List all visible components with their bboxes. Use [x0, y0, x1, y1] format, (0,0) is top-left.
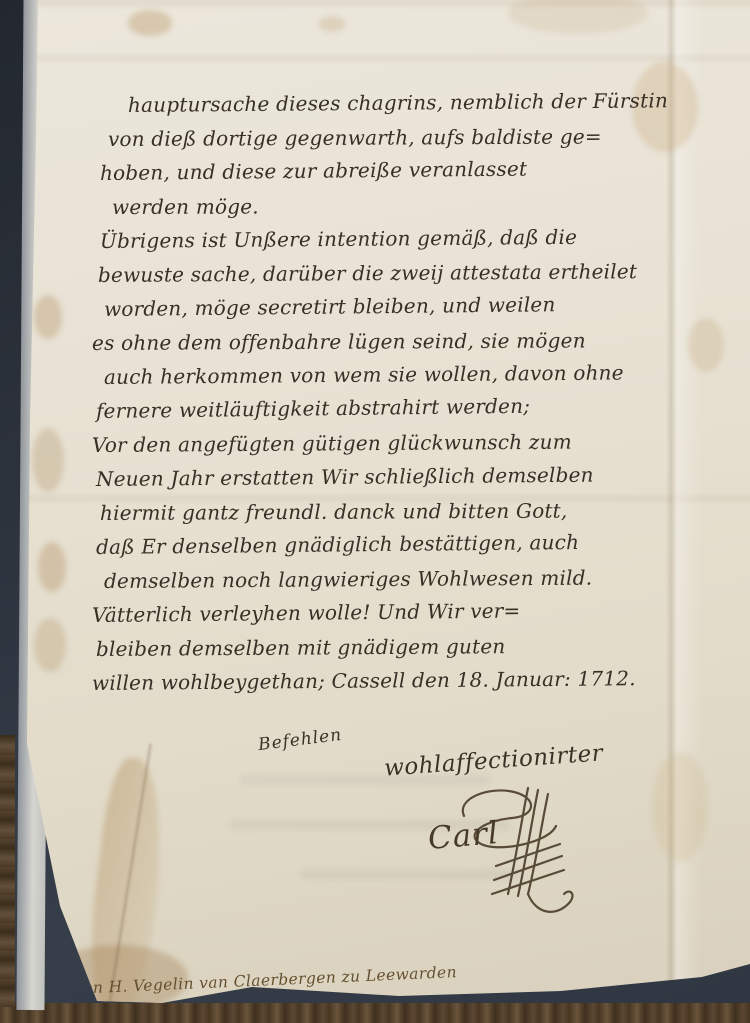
wood-table-edge-left — [0, 735, 15, 1007]
manuscript-line: fernere weitläuftigkeit abstrahirt werde… — [96, 386, 720, 428]
signature-paraph — [452, 782, 602, 932]
manuscript-line: hoben, und diese zur abreiße veranlasset — [100, 150, 720, 190]
valediction: wohlaffectionirter — [383, 740, 604, 781]
closing-note: Befehlen — [257, 725, 343, 755]
manuscript-line: hauptursache dieses chagrins, nemblich d… — [128, 83, 720, 122]
manuscript-line: daß Er denselben gnädiglich bestättigen,… — [96, 523, 720, 564]
paper-sheet: hauptursache dieses chagrins, nemblich d… — [0, 0, 750, 1023]
manuscript-photo: hauptursache dieses chagrins, nemblich d… — [0, 0, 750, 1023]
manuscript-line: worden, möge secretirt bleiben, und weil… — [104, 286, 720, 326]
letter-body: hauptursache dieses chagrins, nemblich d… — [0, 88, 720, 700]
manuscript-line: es ohne dem offenbahre lügen seind, sie … — [92, 323, 720, 360]
wood-table-edge-bottom — [0, 1003, 750, 1023]
stain — [652, 752, 708, 862]
stain — [318, 16, 346, 32]
manuscript-line: Übrigens ist Unßere intention gemäß, daß… — [100, 219, 720, 258]
manuscript-line: Vätterlich verleyhen wolle! Und Wir ver= — [92, 591, 720, 632]
manuscript-line: willen wohlbeygethan; Cassell den 18. Ja… — [92, 661, 720, 700]
stain — [128, 10, 172, 36]
stain — [508, 0, 648, 34]
manuscript-line: Neuen Jahr erstatten Wir schließlich dem… — [96, 457, 720, 496]
manuscript-line: Vor den angefügten gütigen glückwunsch z… — [92, 424, 720, 462]
manuscript-line: bleiben demselben mit gnädigem guten — [96, 628, 720, 666]
